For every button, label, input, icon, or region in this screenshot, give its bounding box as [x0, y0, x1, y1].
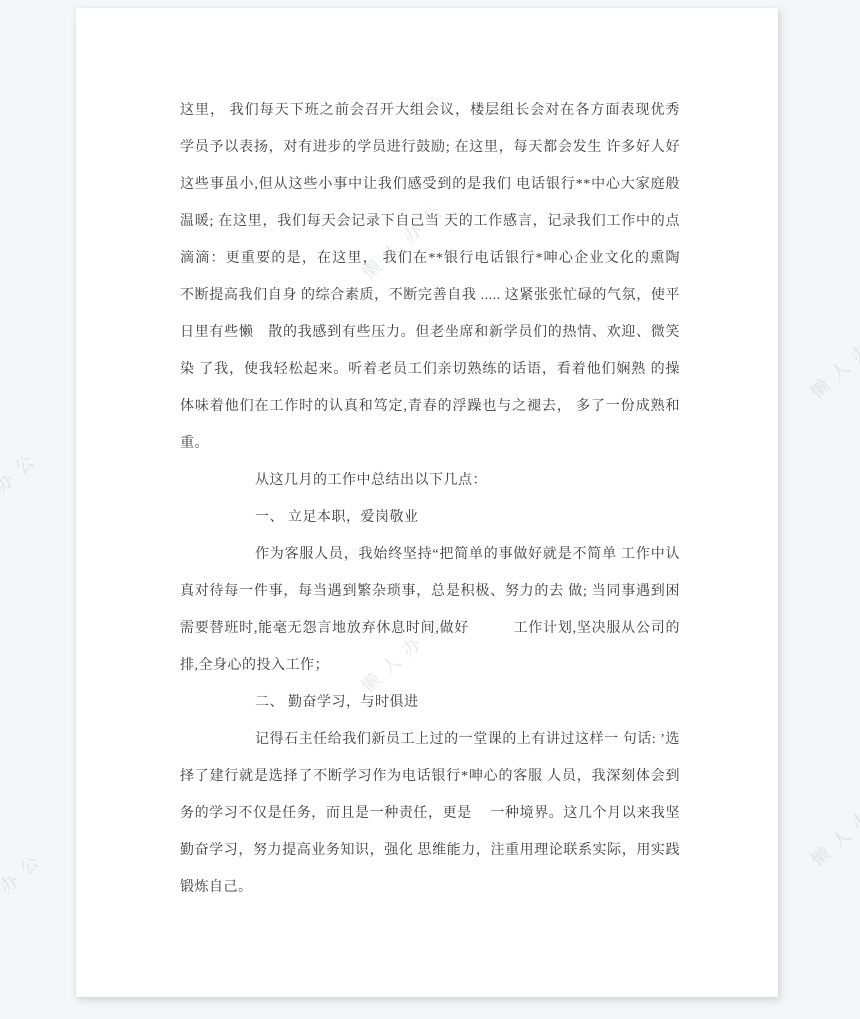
text-line: 不断提高我们自身 的综合素质，不断完善自我 ..... 这紧张张忙碌的气氛，使平 [180, 277, 680, 314]
text-line: 真对待每一件事，每当遇到繁杂琐事，总是积极、努力的去 做; 当同事遇到困难 [180, 573, 680, 610]
text-line: 这些事虽小,但从这些小事中让我们感受到的是我们 电话银行**中心大家庭般的 [180, 166, 680, 203]
text-line: 日里有些懒 散的我感到有些压力。但老坐席和新学员们的热情、欢迎、微笑感 [180, 314, 680, 351]
watermark-text: 懒人办公 [797, 773, 860, 879]
document-page: 这里， 我们每天下班之前会召开大组会议，楼层组长会对在各方面表现优秀 的学员予以… [76, 8, 778, 997]
document-body: 这里， 我们每天下班之前会召开大组会议，楼层组长会对在各方面表现优秀 的学员予以… [180, 92, 680, 906]
text-line: 作为客服人员，我始终坚持“把简单的事做好就是不简单 工作中认 [180, 536, 680, 573]
watermark-text: 懒人办公 [796, 305, 860, 411]
text-line: 务的学习不仅是任务，而且是一种责任，更是 一种境界。这几个月以来我坚持 [180, 795, 680, 832]
text-line: 体味着他们在工作时的认真和笃定,青春的浮躁也与之褪去， 多了一份成熟和稳 [180, 388, 680, 425]
text-line: 一、 立足本职，爱岗敬业 [180, 499, 680, 536]
text-line: 择了建行就是选择了不断学习作为电话银行*呻心的客服 人员，我深刻体会到业 [180, 758, 680, 795]
text-line: 二、 勤奋学习，与时俱进 [180, 684, 680, 721]
watermark-text: 懒人办公 [0, 435, 54, 541]
watermark-text: 懒人办公 [0, 836, 59, 942]
text-line: 染 了我，使我轻松起来。听着老员工们亲切熟练的话语，看着他们娴熟 的操作， [180, 351, 680, 388]
text-line: 锻炼自己。 [180, 869, 680, 906]
text-line: 记得石主任给我们新员工上过的一堂课的上有讲过这样一 句话: ’选 [180, 721, 680, 758]
text-line: 勤奋学习，努力提高业务知识，强化 思维能力，注重用理论联系实际，用实践来 [180, 832, 680, 869]
text-line: 从这几月的工作中总结出以下几点： [180, 462, 680, 499]
text-line: 需要替班时,能毫无怨言地放弃休息时间,做好 工作计划,坚决服从公司的安 [180, 610, 680, 647]
text-line: 重。 [180, 425, 680, 462]
text-line: 排,全身心的投入工作； [180, 647, 680, 684]
text-line: 这里， 我们每天下班之前会召开大组会议，楼层组长会对在各方面表现优秀 的 [180, 92, 680, 129]
text-line: 学员予以表扬，对有进步的学员进行鼓励; 在这里，每天都会发生 许多好人好事， [180, 129, 680, 166]
viewport: 这里， 我们每天下班之前会召开大组会议，楼层组长会对在各方面表现优秀 的学员予以… [0, 0, 860, 1019]
text-line: 滴滴：更重要的是，在这里， 我们在**银行电话银行*呻心企业文化的熏陶下， [180, 240, 680, 277]
text-line: 温暖; 在这里，我们每天会记录下自己当 天的工作感言，记录我们工作中的点点 [180, 203, 680, 240]
